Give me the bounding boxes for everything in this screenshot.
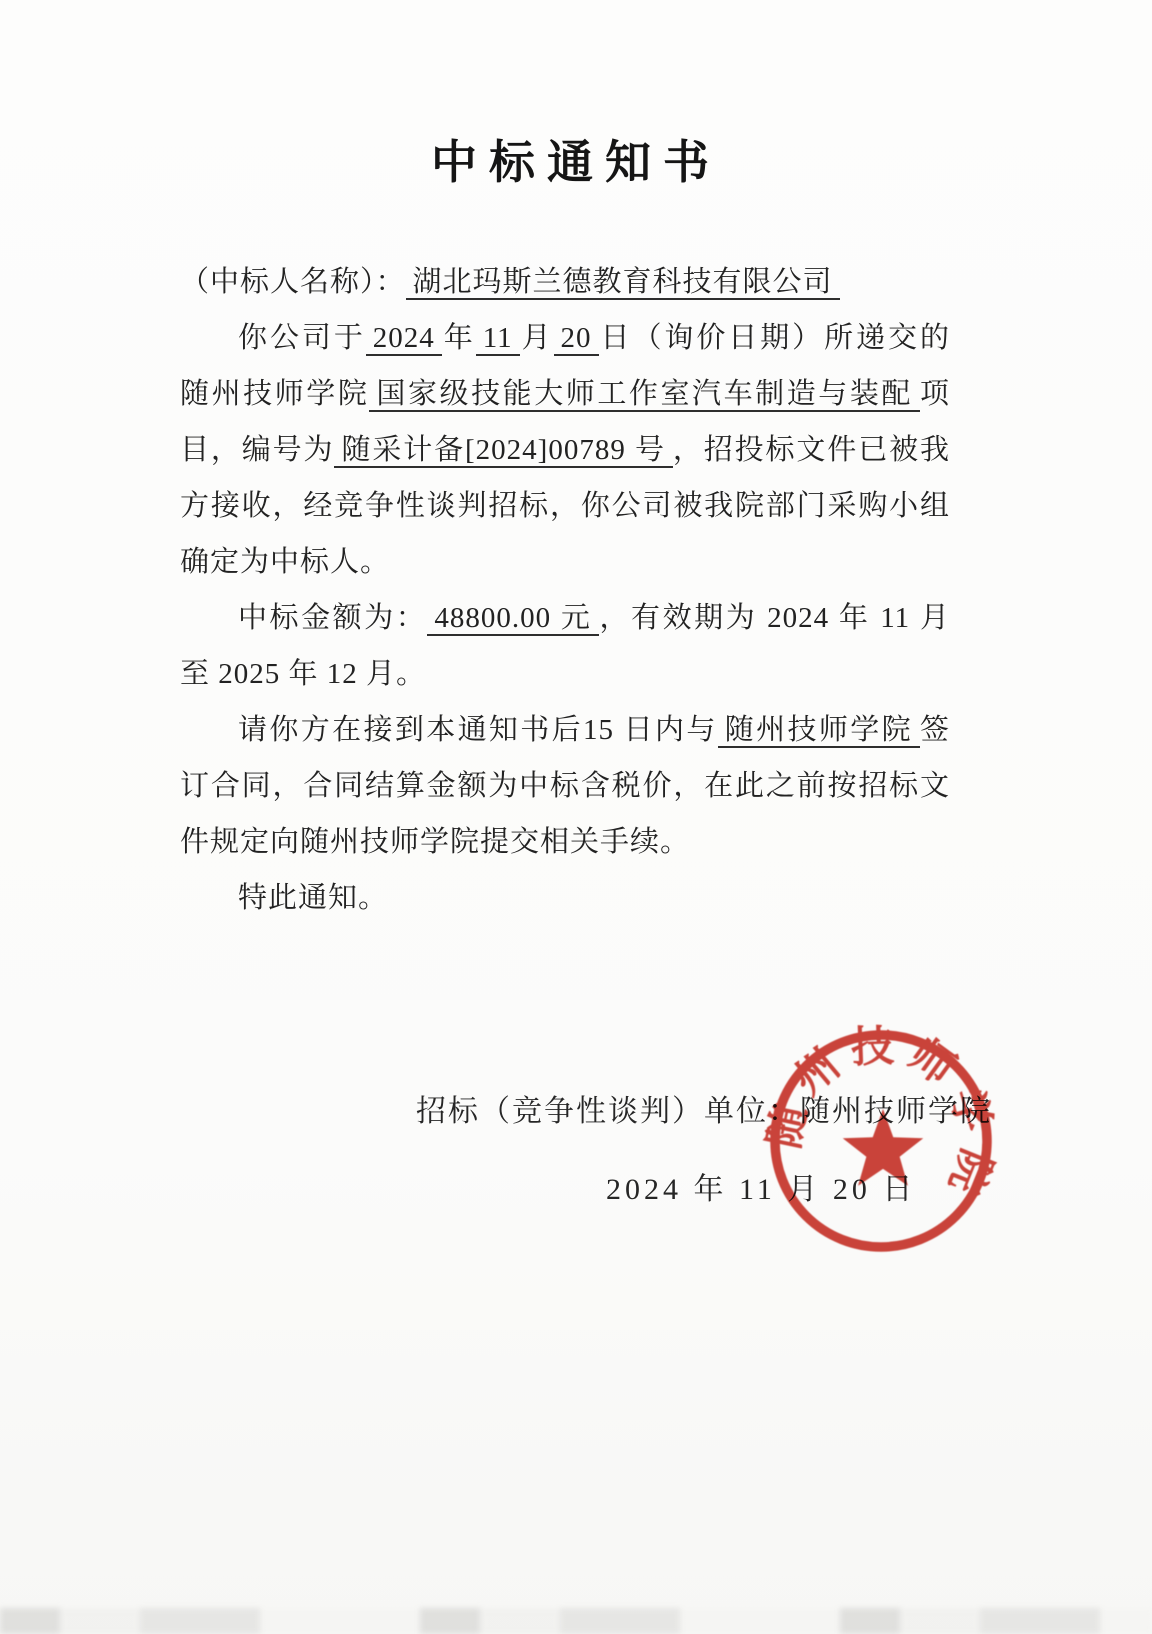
contract-paragraph: 请你方在接到本通知书后15 日内与随州技师学院签订合同，合同结算金额为中标含税价… <box>180 702 950 870</box>
official-seal-stamp: 随州技师学院 <box>738 998 1024 1284</box>
document-title: 中标通知书 <box>0 126 1152 192</box>
submission-text: 月 <box>520 322 554 354</box>
recipient-name: 湖北玛斯兰德教育科技有限公司 <box>406 266 840 300</box>
contract-unit: 随州技师学院 <box>718 714 920 748</box>
procurement-number: 随采计备[2024]00789 号 <box>334 434 672 468</box>
document-body: （中标人名称）：湖北玛斯兰德教育科技有限公司 你公司于2024年11月20日（询… <box>180 254 950 926</box>
inquiry-month: 11 <box>476 322 520 356</box>
amount-label: 中标金额为： <box>238 602 427 634</box>
recipient-label: （中标人名称）： <box>180 266 406 298</box>
inquiry-year: 2024 <box>366 322 442 356</box>
submission-text: 你公司于 <box>238 322 366 354</box>
seal-icon: 随州技师学院 <box>738 998 1024 1284</box>
project-name: 国家级技能大师工作室汽车制造与装配 <box>369 378 920 412</box>
submission-text: 年 <box>442 322 476 354</box>
scan-artifact <box>0 1608 1152 1634</box>
contract-text: 请你方在接到本通知书后15 日内与 <box>238 714 718 746</box>
award-amount: 48800.00 元 <box>427 602 599 636</box>
seal-star-icon <box>843 1109 924 1186</box>
closing-line: 特此通知。 <box>180 870 950 926</box>
submission-paragraph: 你公司于2024年11月20日（询价日期）所递交的 随州技师学院国家级技能大师工… <box>180 310 950 590</box>
amount-paragraph: 中标金额为：48800.00 元，有效期为 2024 年 11 月至 2025 … <box>180 590 950 702</box>
notice-document-page: 中标通知书 （中标人名称）：湖北玛斯兰德教育科技有限公司 你公司于2024年11… <box>0 0 1152 1634</box>
recipient-line: （中标人名称）：湖北玛斯兰德教育科技有限公司 <box>180 254 950 310</box>
inquiry-day: 20 <box>554 322 599 356</box>
